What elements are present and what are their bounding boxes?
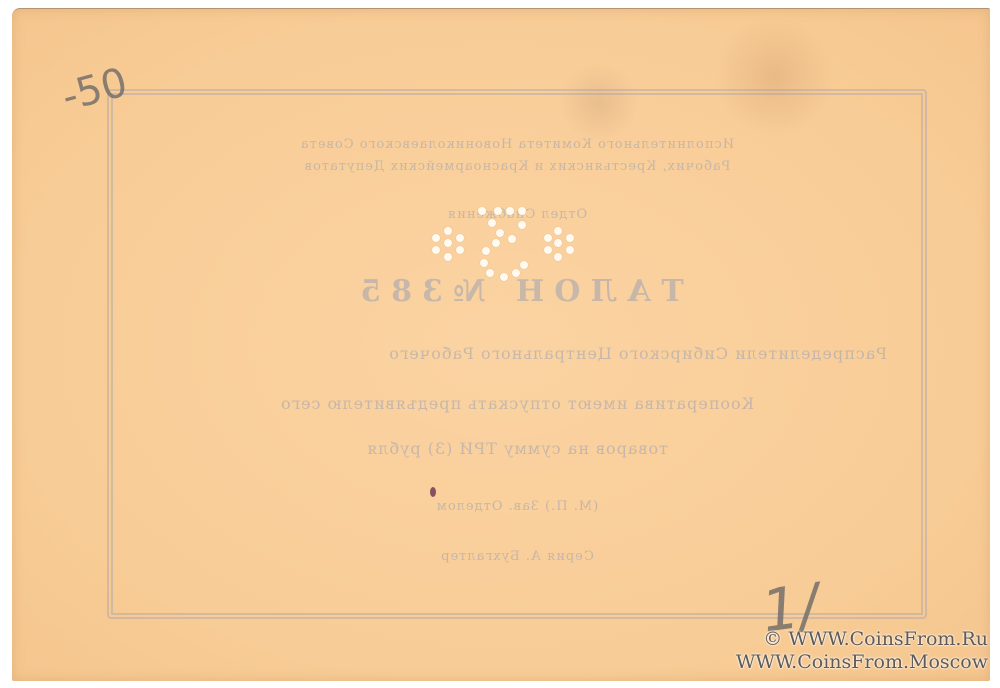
watermark-line-1: © WWW.CoinsFrom.Ru [736, 628, 988, 651]
watermark-line-2: WWW.CoinsFrom.Moscow [736, 651, 988, 674]
paper-voucher: Исполнительного Комитета Новониколаевско… [12, 8, 990, 681]
body-line-1: Распределители Сибирского Центрального Р… [107, 344, 927, 363]
mirrored-print-showthrough: Исполнительного Комитета Новониколаевско… [107, 89, 927, 619]
header-line-1: Исполнительного Комитета Новониколаевско… [107, 137, 927, 152]
voucher-title: ТАЛОН №385 [107, 274, 927, 309]
signature-line-2: Серия А. Бухгалтер [107, 549, 927, 564]
body-line-3: товаров на сумму ТРИ (3) рубля [107, 439, 927, 458]
perforation-numeral [422, 199, 582, 279]
watermark: © WWW.CoinsFrom.Ru WWW.CoinsFrom.Moscow [736, 628, 988, 674]
body-line-2: Кооператива имеют отпускать предъявителю… [107, 394, 927, 413]
header-line-2: Рабочих, Крестьянских и Красноармейских … [107, 159, 927, 174]
signature-line-1: (М. П.) Зав. Отделом [107, 499, 927, 514]
ink-stain [430, 487, 436, 497]
